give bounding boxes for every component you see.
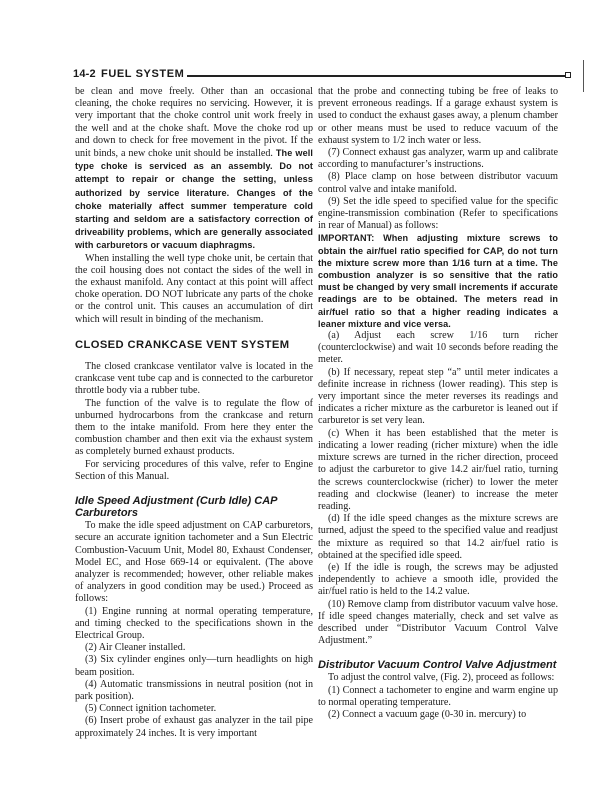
paragraph: that the probe and connecting tubing be … bbox=[318, 86, 558, 147]
section-heading-crankcase: CLOSED CRANKCASE VENT SYSTEM bbox=[75, 339, 313, 351]
step-item: (8) Place clamp on hose between distribu… bbox=[318, 171, 558, 195]
subsection-heading-idle-speed: Idle Speed Adjustment (Curb Idle) CAP Ca… bbox=[75, 495, 313, 519]
header-rule bbox=[187, 75, 565, 77]
substep-item: (d) If the idle speed changes as the mix… bbox=[318, 513, 558, 562]
paragraph: When installing the well type choke unit… bbox=[75, 253, 313, 326]
page-header: 14-2 FUEL SYSTEM bbox=[73, 68, 571, 82]
paragraph: be clean and move freely. Other than an … bbox=[75, 86, 313, 253]
step-item: (9) Set the idle speed to specified valu… bbox=[318, 196, 558, 233]
step-item: (2) Connect a vacuum gage (0-30 in. merc… bbox=[318, 709, 558, 721]
step-item: (5) Connect ignition tachometer. bbox=[75, 703, 313, 715]
step-item: (1) Engine running at normal operating t… bbox=[75, 606, 313, 643]
paragraph: The function of the valve is to regulate… bbox=[75, 398, 313, 459]
section-title: FUEL SYSTEM bbox=[101, 68, 184, 80]
page-number: 14-2 bbox=[73, 68, 96, 80]
paragraph: To adjust the control valve, (Fig. 2), p… bbox=[318, 672, 558, 684]
margin-line bbox=[583, 60, 584, 92]
paragraph: To make the idle speed adjustment on CAP… bbox=[75, 520, 313, 605]
step-item: (6) Insert probe of exhaust gas analyzer… bbox=[75, 715, 313, 739]
right-column: that the probe and connecting tubing be … bbox=[318, 86, 558, 721]
paragraph: For servicing procedures of this valve, … bbox=[75, 459, 313, 483]
step-item: (1) Connect a tachometer to engine and w… bbox=[318, 685, 558, 709]
subsection-heading-distributor: Distributor Vacuum Control Valve Adjustm… bbox=[318, 659, 558, 671]
step-item: (2) Air Cleaner installed. bbox=[75, 642, 313, 654]
substep-item: (b) If necessary, repeat step “a” until … bbox=[318, 367, 558, 428]
step-item: (3) Six cylinder engines only—turn headl… bbox=[75, 654, 313, 678]
header-end-box-icon bbox=[565, 72, 571, 78]
substep-item: (a) Adjust each screw 1/16 turn richer (… bbox=[318, 330, 558, 367]
substep-item: (e) If the idle is rough, the screws may… bbox=[318, 562, 558, 599]
paragraph: The closed crankcase ventilator valve is… bbox=[75, 361, 313, 398]
step-item: (10) Remove clamp from distributor vacuu… bbox=[318, 599, 558, 648]
left-column: be clean and move freely. Other than an … bbox=[75, 86, 313, 740]
step-item: (4) Automatic transmissions in neutral p… bbox=[75, 679, 313, 703]
bold-warning-text: The well type choke is serviced as an as… bbox=[75, 148, 313, 250]
step-item: (7) Connect exhaust gas analyzer, warm u… bbox=[318, 147, 558, 171]
important-note: IMPORTANT: When adjusting mixture screws… bbox=[318, 232, 558, 330]
substep-item: (c) When it has been established that th… bbox=[318, 428, 558, 513]
